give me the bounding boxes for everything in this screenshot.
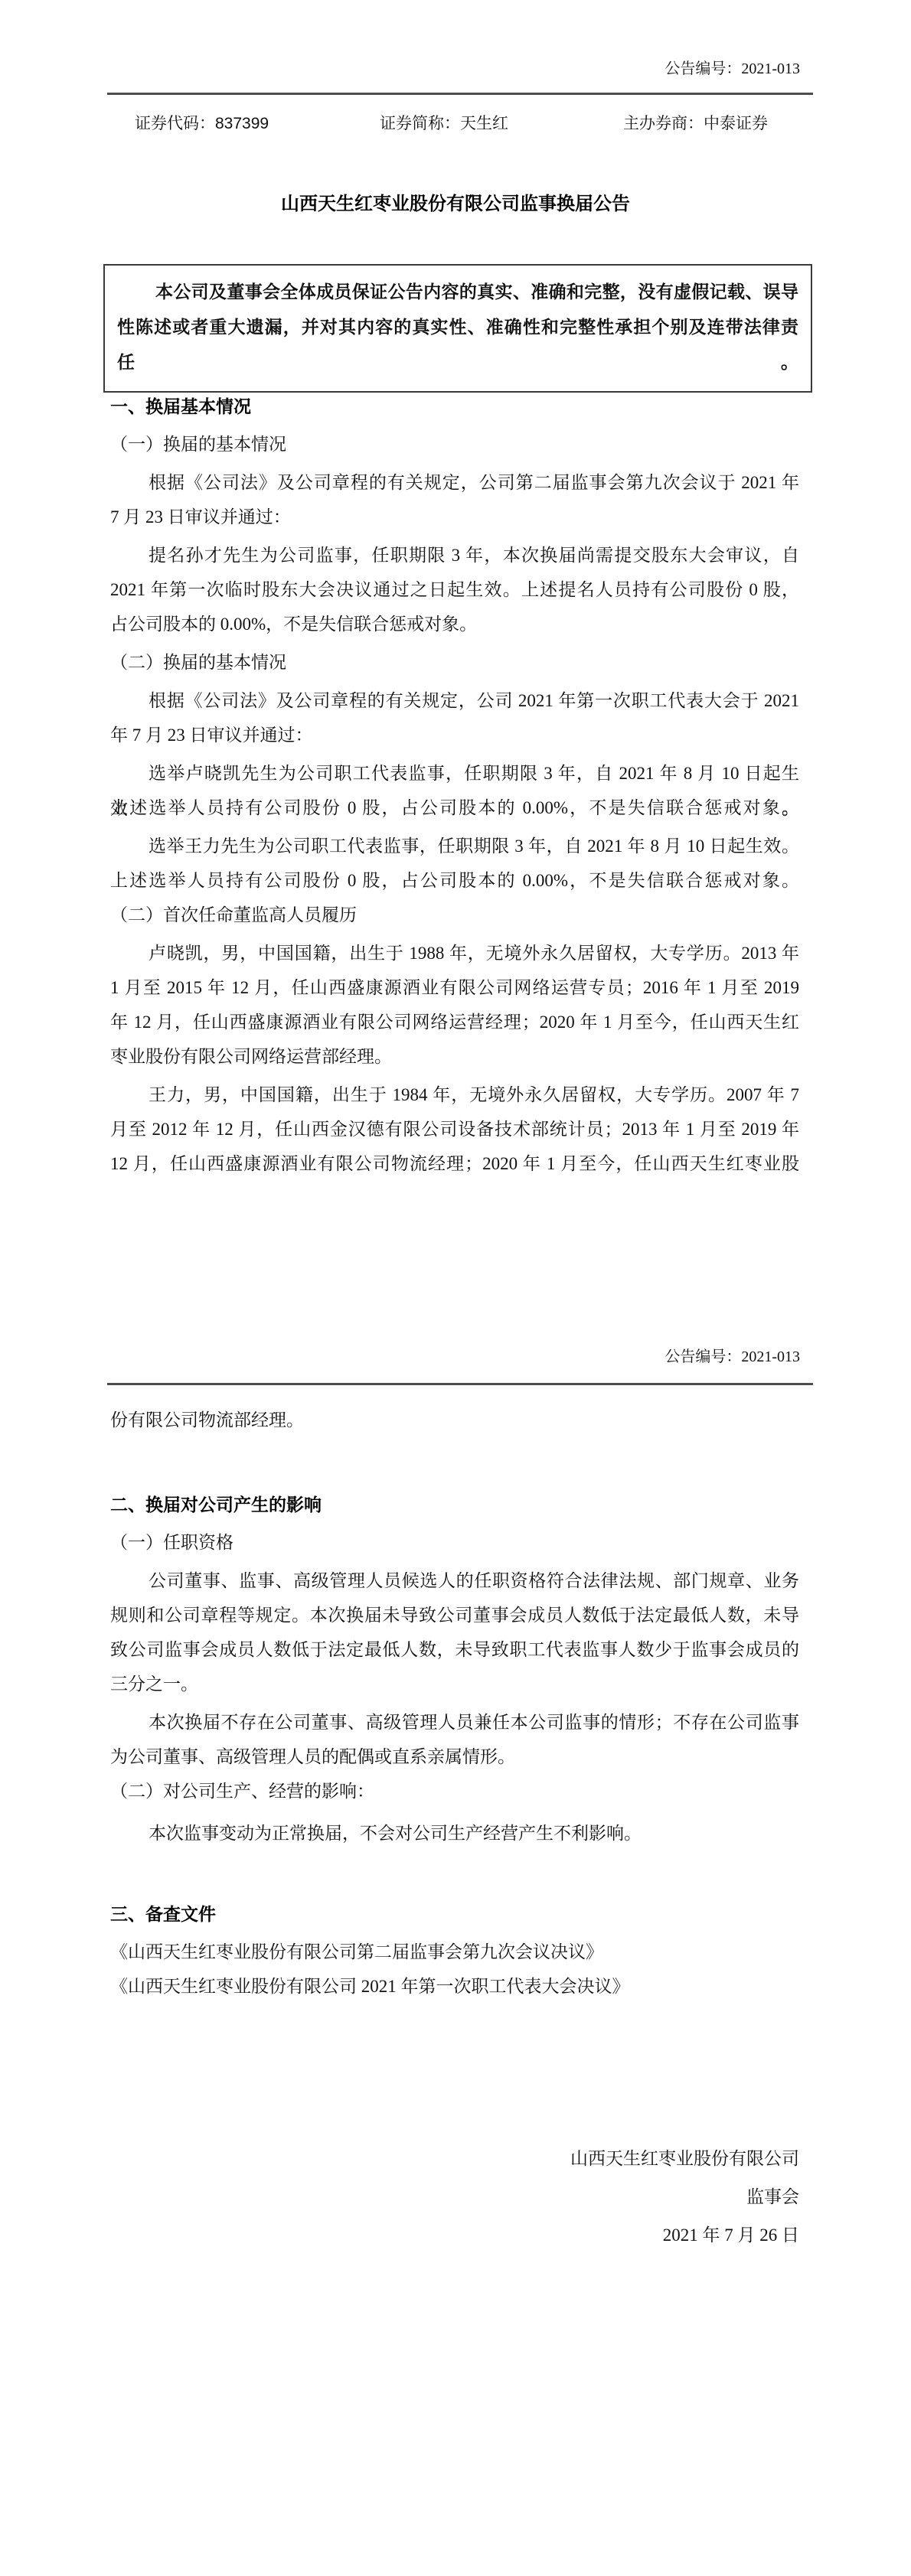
text-line: 枣业股份有限公司网络运营部经理。 <box>110 1039 799 1074</box>
sub-heading: （二）对公司生产、经营的影响： <box>110 1774 799 1809</box>
page-title: 山西天生红枣业股份有限公司监事换届公告 <box>0 191 911 217</box>
text-line: 《山西天生红枣业股份有限公司 2021 年第一次职工代表大会决议》 <box>110 1969 799 2004</box>
text-line: 王力，男，中国国籍，出生于 1984 年，无境外永久居留权，大专学历。2007 … <box>110 1078 799 1113</box>
sub-heading: （一）任职资格 <box>110 1525 799 1560</box>
text-line: 规则和公司章程等规定。本次换届未导致公司董事会成员人数低于法定最低人数，未导 <box>110 1598 799 1633</box>
security-short-label: 证券简称： <box>380 114 460 132</box>
text-line: 公司董事、监事、高级管理人员候选人的任职资格符合法律法规、部门规章、业务 <box>110 1564 799 1599</box>
security-info-row: 证券代码：837399 证券简称：天生红 主办券商：中泰证券 <box>0 112 911 135</box>
sub-heading: （二）首次任命董监高人员履历 <box>110 898 799 933</box>
section-heading: 二、换届对公司产生的影响 <box>110 1487 799 1522</box>
text-line: 根据《公司法》及公司章程的有关规定，公司第二届监事会第九次会议于 2021 年 <box>110 465 799 501</box>
announcement-document: 公告编号：2021-013 证券代码：837399 证券简称：天生红 主办券商：… <box>0 0 911 2576</box>
signature-date: 2021 年 7 月 26 日 <box>663 2218 799 2253</box>
text-line: 本次监事变动为正常换届，不会对公司生产经营产生不利影响。 <box>110 1816 799 1851</box>
text-line: 《山西天生红枣业股份有限公司第二届监事会第九次会议决议》 <box>110 1935 799 1970</box>
text-line: 提名孙才先生为公司监事，任职期限 3 年，本次换届尚需提交股东大会审议，自 <box>110 538 799 573</box>
text-line: 月至 2012 年 12 月，任山西金汉德有限公司设备技术部统计员；2013 年… <box>110 1112 799 1147</box>
header-rule <box>107 1383 813 1385</box>
signature-company: 山西天生红枣业股份有限公司 <box>570 2141 799 2177</box>
text-line: 选举王力先生为公司职工代表监事，任职期限 3 年，自 2021 年 8 月 10… <box>110 829 799 864</box>
signature-department: 监事会 <box>746 2180 799 2215</box>
text-line: 份有限公司物流部经理。 <box>110 1403 799 1438</box>
security-code-value: 837399 <box>215 115 269 132</box>
text-line: 2021 年第一次临时股东大会决议通过之日起生效。上述提名人员持有公司股份 0 … <box>110 572 799 608</box>
text-line: 三分之一。 <box>110 1667 799 1702</box>
liability-notice-box: 本公司及董事会全体成员保证公告内容的真实、准确和完整，没有虚假记载、误导 性陈述… <box>103 264 812 393</box>
section-heading: 一、换届基本情况 <box>110 389 799 424</box>
text-line: 年 7 月 23 日审议并通过： <box>110 718 799 753</box>
text-line: 上述选举人员持有公司股份 0 股，占公司股本的 0.00%，不是失信联合惩戒对象… <box>110 863 799 898</box>
text-line: 7 月 23 日审议并通过： <box>110 500 799 535</box>
text-line: 卢晓凯，男，中国国籍，出生于 1988 年，无境外永久居留权，大专学历。2013… <box>110 936 799 971</box>
text-line: 本次换届不存在公司董事、高级管理人员兼任本公司监事的情形；不存在公司监事 <box>110 1705 799 1740</box>
sponsor-broker: 主办券商：中泰证券 <box>623 112 768 135</box>
text-line: 年 12 月，任山西盛康源酒业有限公司网络运营经理；2020 年 1 月至今，任… <box>110 1005 799 1040</box>
announcement-number: 公告编号：2021-013 <box>664 58 800 80</box>
section-heading: 三、备查文件 <box>110 1896 799 1932</box>
sub-heading: （一）换届的基本情况 <box>110 427 799 462</box>
sub-heading: （二）换届的基本情况 <box>110 645 799 680</box>
page-2: 公告编号：2021-013 份有限公司物流部经理。 二、换届对公司产生的影响 （… <box>0 1288 911 2576</box>
security-short-value: 天生红 <box>460 114 508 132</box>
text-line: 12 月，任山西盛康源酒业有限公司物流经理；2020 年 1 月至今，任山西天生… <box>110 1146 799 1182</box>
security-code-label: 证券代码： <box>135 114 215 132</box>
text-line: 为公司董事、高级管理人员的配偶或直系亲属情形。 <box>110 1740 799 1775</box>
text-line: 上述选举人员持有公司股份 0 股，占公司股本的 0.00%，不是失信联合惩戒对象… <box>110 791 799 826</box>
notice-line: 性陈述或者重大遗漏，并对其内容的真实性、准确性和完整性承担个别及连带法律责任。 <box>117 310 798 380</box>
page-1: 公告编号：2021-013 证券代码：837399 证券简称：天生红 主办券商：… <box>0 0 911 1288</box>
sponsor-label: 主办券商： <box>623 114 704 132</box>
notice-line: 本公司及董事会全体成员保证公告内容的真实、准确和完整，没有虚假记载、误导 <box>117 275 798 310</box>
text-line: 1 月至 2015 年 12 月，任山西盛康源酒业有限公司网络运营专员；2016… <box>110 970 799 1006</box>
text-line: 占公司股本的 0.00%，不是失信联合惩戒对象。 <box>110 607 799 642</box>
text-line: 根据《公司法》及公司章程的有关规定，公司 2021 年第一次职工代表大会于 20… <box>110 683 799 719</box>
announcement-number: 公告编号：2021-013 <box>664 1346 800 1368</box>
text-line: 致公司监事会成员人数低于法定最低人数，未导致职工代表监事人数少于监事会成员的 <box>110 1632 799 1668</box>
security-short-name: 证券简称：天生红 <box>380 112 508 135</box>
header-rule <box>107 93 813 95</box>
sponsor-value: 中泰证券 <box>704 114 768 132</box>
security-code: 证券代码：837399 <box>135 112 269 135</box>
